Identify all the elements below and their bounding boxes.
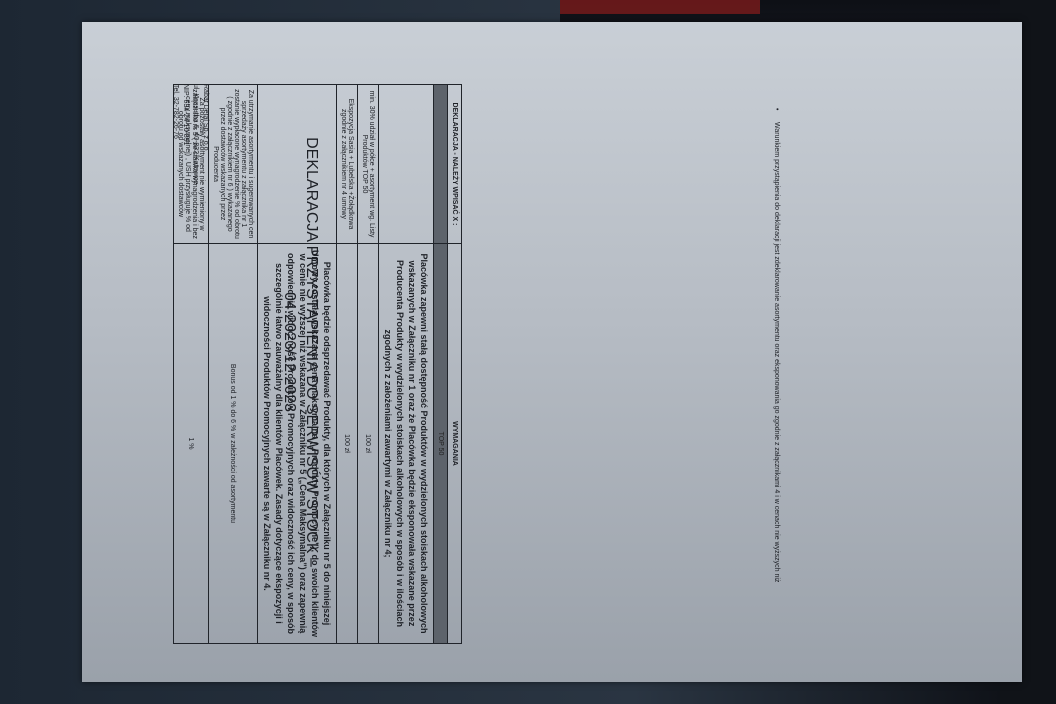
row-bonus-value: Bonus od 1 % do 6 % w zależności od asor… xyxy=(209,244,258,644)
row-shelf-share-value: 100 zł xyxy=(358,244,379,644)
row-exposure-value: 100 zł xyxy=(337,244,358,644)
row-shelf-share: min. 30% udział w półce + asortyment wg.… xyxy=(358,85,379,244)
footnote: • Warunkiem przystąpienia do deklaracji … xyxy=(771,122,782,622)
footnote-text: Warunkiem przystąpienia do deklaracji je… xyxy=(773,122,780,582)
top50-requirement: Placówka zapewni stałą dostępność Produk… xyxy=(379,244,434,644)
header-declaration: DEKLARACJA - NALEŻY WPISAĆ X : xyxy=(448,85,462,244)
row-exposure: Ekspozycja Sasia + Lubelska +Żołądkowa z… xyxy=(337,85,358,244)
declaration-sheet: DEKLARACJA PRZYSTĄPIENIA DO SERWISÓW STO… xyxy=(82,22,1022,682)
header-requirements: WYMAGANIA xyxy=(448,244,462,644)
section-top50: TOP 50 xyxy=(434,244,448,644)
promo-checkbox-cell xyxy=(258,85,337,244)
promo-requirement: Placówka będzie odsprzedawać Produkty, d… xyxy=(258,244,337,644)
row-other: Za pozostały asortyment nie wymieniony w… xyxy=(174,85,209,244)
top50-left-cell xyxy=(434,85,448,244)
row-other-value: 1 % xyxy=(174,244,209,644)
background-red-object xyxy=(560,0,760,14)
top50-checkbox-cell xyxy=(379,85,434,244)
bullet-icon: • xyxy=(771,108,782,110)
row-bonus: Za utrzymanie asortymentu i sugerowanych… xyxy=(209,85,258,244)
requirements-table: DEKLARACJA - NALEŻY WPISAĆ X : WYMAGANIA… xyxy=(173,84,462,644)
